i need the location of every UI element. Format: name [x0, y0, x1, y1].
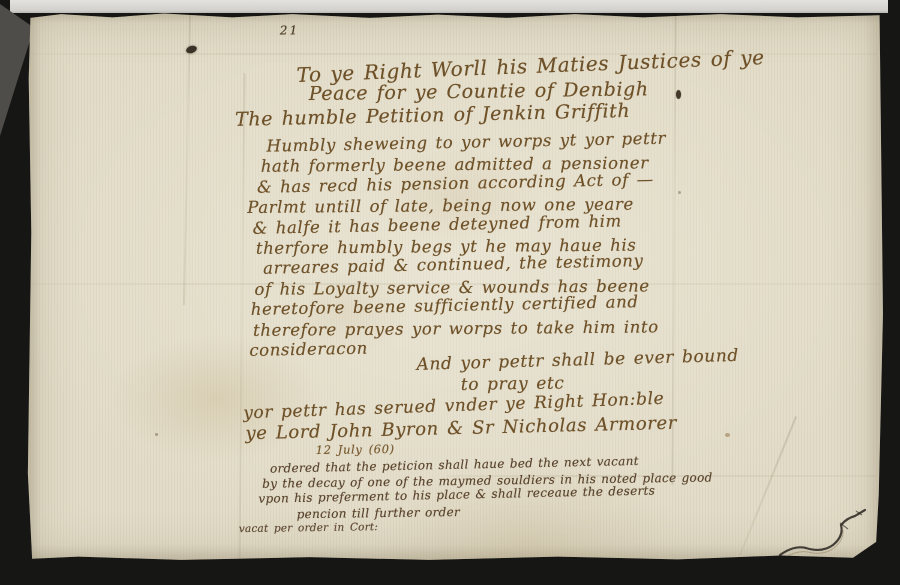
scanned-manuscript-view: 21 To ye Right Worll his Maties Justices… — [0, 0, 900, 585]
handwriting-layer: 21 To ye Right Worll his Maties Justices… — [24, 7, 888, 567]
manuscript-page: 21 To ye Right Worll his Maties Justices… — [27, 13, 883, 561]
petition-title-line: The humble Petition of Jenkin Griffith — [235, 100, 631, 131]
scanner-backing-strip — [10, 0, 888, 13]
vacat-note: vacat per order in Cort: — [239, 521, 378, 535]
date-note: 12 July (60) — [316, 442, 395, 457]
court-order-note: ordered that the peticion shall haue bed… — [258, 455, 713, 522]
scanner-shadow-wedge — [0, 4, 34, 136]
folio-number: 21 — [280, 23, 299, 37]
petition-body: Humbly sheweing to yor worps yt yor pett… — [246, 131, 669, 361]
